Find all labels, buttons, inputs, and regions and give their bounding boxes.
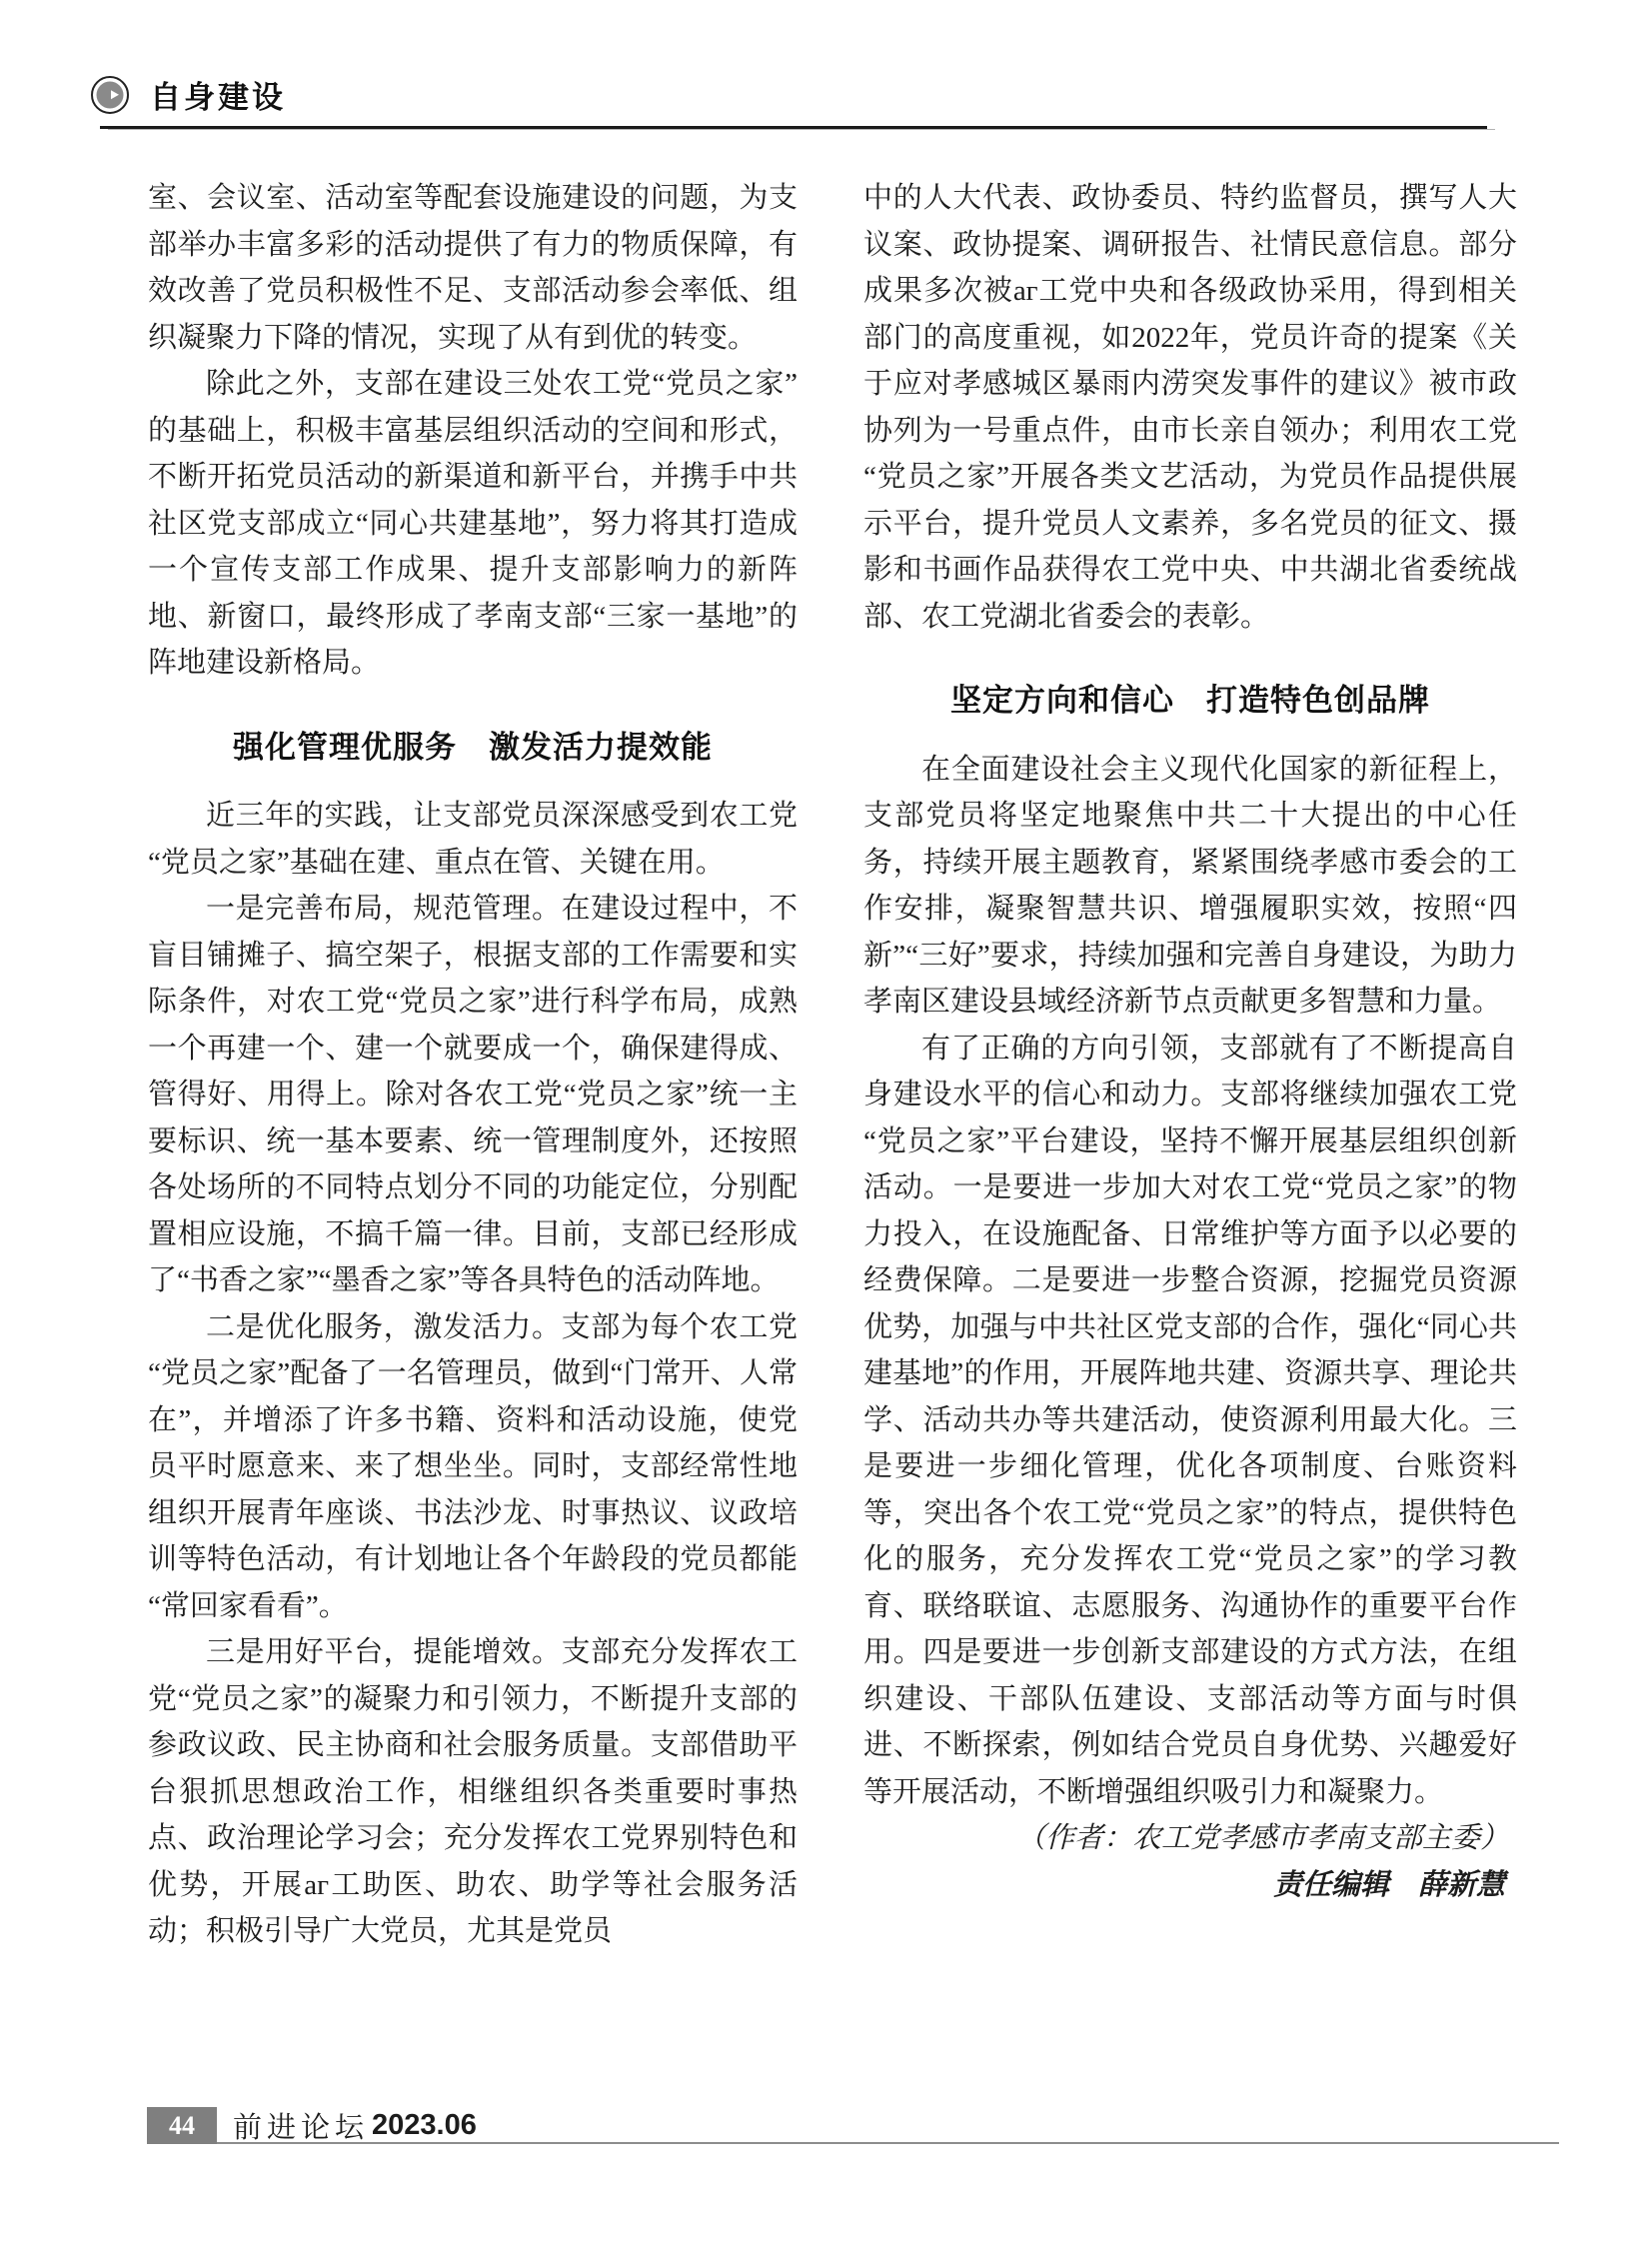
right-column: 中的人大代表、政协委员、特约监督员，撰写人大议案、政协提案、调研报告、社情民意信… bbox=[863, 175, 1517, 1908]
page-number-badge: 44 bbox=[147, 2107, 217, 2144]
body-paragraph: 室、会议室、活动室等配套设施建设的问题，为支部举办丰富多彩的活动提供了有力的物质… bbox=[148, 175, 798, 361]
body-paragraph: 除此之外，支部在建设三处农工党“党员之家”的基础上，积极丰富基层组织活动的空间和… bbox=[148, 361, 798, 687]
body-paragraph: 二是优化服务，激发活力。支部为每个农工党“党员之家”配备了一名管理员，做到“门常… bbox=[148, 1304, 798, 1630]
body-paragraph: 三是用好平台，提能增效。支部充分发挥农工党“党员之家”的凝聚力和引领力，不断提升… bbox=[148, 1629, 798, 1955]
body-paragraph: 中的人大代表、政协委员、特约监督员，撰写人大议案、政协提案、调研报告、社情民意信… bbox=[863, 175, 1517, 640]
issue-number: 2023.06 bbox=[372, 2107, 477, 2144]
page-header: 自身建设 bbox=[90, 72, 286, 117]
section-heading: 坚定方向和信心 打造特色创品牌 bbox=[863, 678, 1517, 725]
author-credit: （作者：农工党孝感市孝南支部主委） bbox=[863, 1815, 1517, 1862]
body-paragraph: 在全面建设社会主义现代化国家的新征程上，支部党员将坚定地聚焦中共二十大提出的中心… bbox=[863, 747, 1517, 1026]
body-paragraph: 一是完善布局，规范管理。在建设过程中，不盲目铺摊子、搞空架子，根据支部的工作需要… bbox=[148, 886, 798, 1304]
magazine-page: { "header": { "section_label": "自身建设", "… bbox=[0, 0, 1652, 2243]
section-label: 自身建设 bbox=[150, 72, 286, 117]
section-heading: 强化管理优服务 激发活力提效能 bbox=[148, 725, 798, 772]
header-rule bbox=[100, 126, 1487, 129]
editor-credit: 责任编辑 薛新慧 bbox=[863, 1862, 1517, 1909]
left-column: 室、会议室、活动室等配套设施建设的问题，为支部举办丰富多彩的活动提供了有力的物质… bbox=[148, 175, 798, 1955]
body-paragraph: 近三年的实践，让支部党员深深感受到农工党“党员之家”基础在建、重点在管、关键在用… bbox=[148, 793, 798, 886]
footer-rule bbox=[217, 2142, 1559, 2144]
journal-name: 前进论坛 bbox=[233, 2107, 369, 2144]
body-paragraph: 有了正确的方向引领，支部就有了不断提高自身建设水平的信心和动力。支部将继续加强农… bbox=[863, 1026, 1517, 1816]
arrow-right-circle-icon bbox=[90, 75, 130, 115]
